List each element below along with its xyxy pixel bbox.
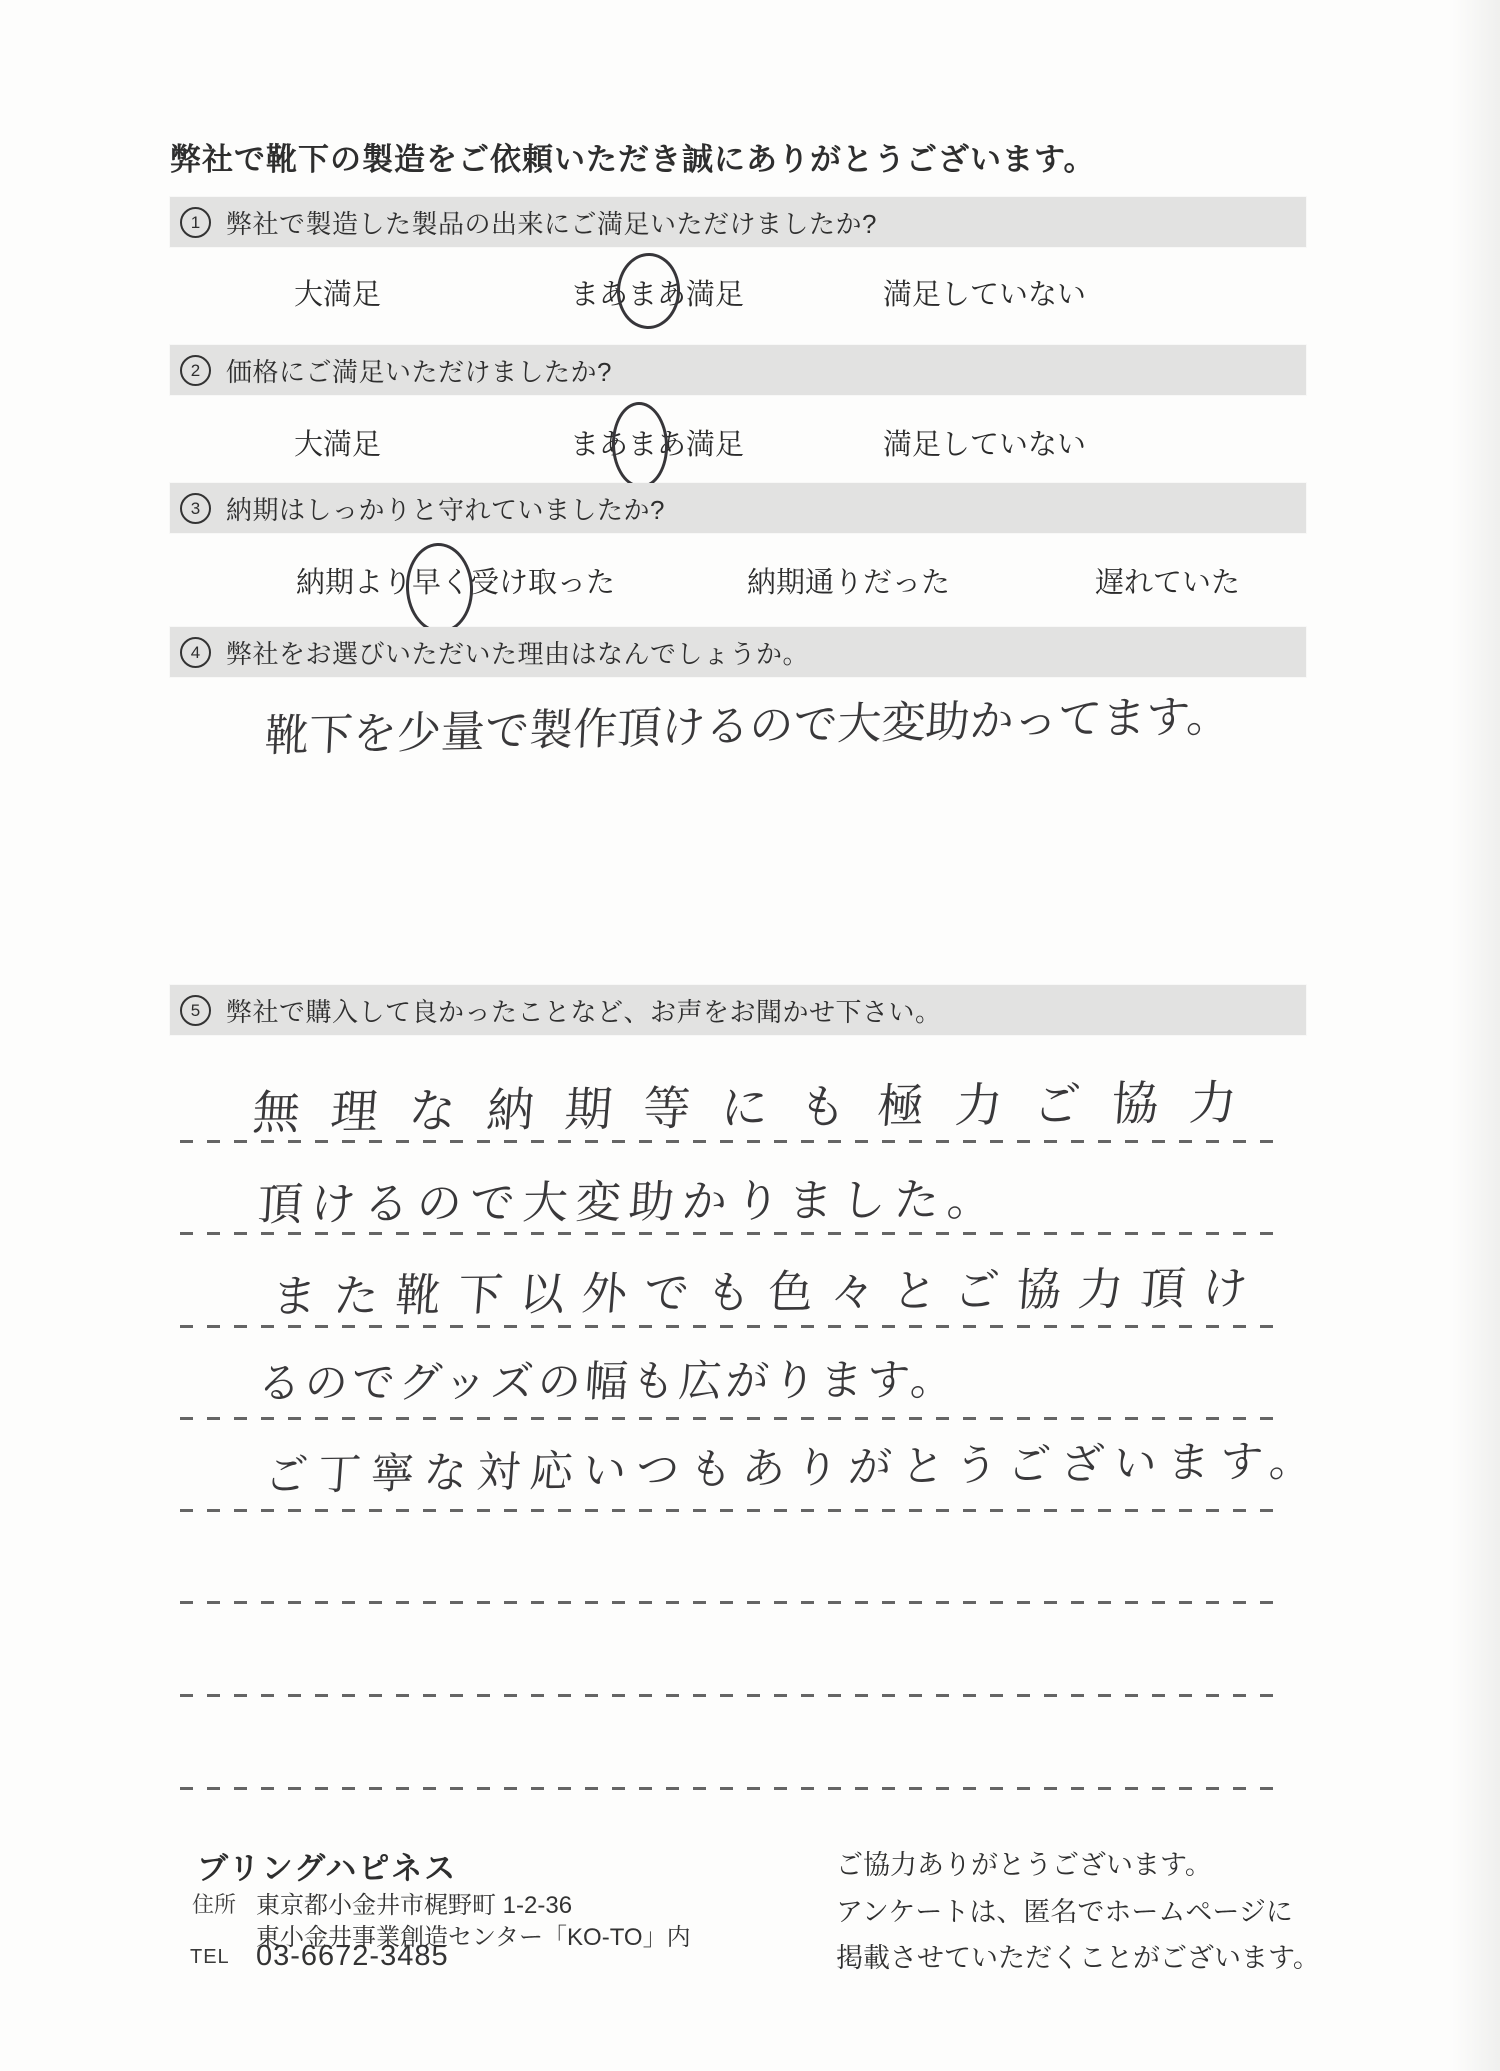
answer-ruled-line-6 <box>180 1601 1287 1604</box>
q2-option-daimanzoku: 大満足 <box>294 422 381 463</box>
question-2-number-icon: 2 <box>180 355 211 386</box>
answer-ruled-line-4 <box>180 1417 1287 1420</box>
question-4-header: 4 弊社をお選びいただいた理由はなんでしょうか。 <box>170 627 1306 677</box>
question-3-number-icon: 3 <box>180 493 211 524</box>
question-1-text: 弊社で製造した製品の出来にご満足いただけましたか? <box>226 204 877 241</box>
question-3-header: 3 納期はしっかりと守れていましたか? <box>170 483 1306 533</box>
q3-selection-circle-annotation <box>404 541 476 634</box>
question-4-text: 弊社をお選びいただいた理由はなんでしょうか。 <box>226 634 809 671</box>
question-2-text: 価格にご満足いただけましたか? <box>226 352 612 389</box>
q2-option-manzoku-shiteinai: 満足していない <box>883 422 1086 463</box>
q5-handwritten-line-1: 無理な納期等にも極力ご協力 <box>250 1065 1270 1143</box>
q1-selection-circle-annotation <box>616 252 682 330</box>
q5-handwritten-line-5: ご丁寧な対応いつもありがとうございます。 <box>263 1427 1325 1503</box>
q2-selection-circle-annotation <box>611 401 670 489</box>
survey-title: 弊社で靴下の製造をご依頼いただき誠にありがとうございます。 <box>170 134 1096 179</box>
question-5-number-icon: 5 <box>180 995 211 1026</box>
q3-option-nokidori-datta: 納期通りだった <box>747 560 950 601</box>
company-name: ブリングハピネス <box>197 1843 457 1888</box>
question-5-text: 弊社で購入して良かったことなど、お声をお聞かせ下さい。 <box>226 992 942 1029</box>
question-1-header: 1 弊社で製造した製品の出来にご満足いただけましたか? <box>170 197 1306 247</box>
q3-option-okureteita: 遅れていた <box>1095 560 1240 601</box>
question-4-number-icon: 4 <box>180 637 211 668</box>
q4-handwritten-answer: 靴下を少量で製作頂けるので大変助かってます。 <box>263 680 1232 764</box>
q1-option-manzoku-shiteinai: 満足していない <box>883 272 1086 313</box>
scan-shadow-artifact <box>1452 0 1500 2071</box>
address-label: 住所 <box>192 1888 236 1919</box>
answer-ruled-line-8 <box>180 1787 1287 1790</box>
address-line-1: 東京都小金井市梶野町 1-2-36 <box>256 1885 572 1920</box>
tel-label: TEL <box>190 1946 230 1969</box>
answer-ruled-line-1 <box>180 1140 1287 1143</box>
answer-ruled-line-2 <box>180 1232 1287 1235</box>
answer-ruled-line-3 <box>180 1325 1287 1328</box>
q5-handwritten-line-4: るのでグッズの幅も広がります。 <box>256 1346 960 1411</box>
q5-handwritten-line-2: 頂けるので大変助かりました。 <box>256 1163 1002 1233</box>
question-1-number-icon: 1 <box>180 207 211 238</box>
question-2-header: 2 価格にご満足いただけましたか? <box>170 345 1306 395</box>
q5-handwritten-line-3: また靴下以外でも色々とご協力頂け <box>269 1251 1267 1325</box>
question-5-header: 5 弊社で購入して良かったことなど、お声をお聞かせ下さい。 <box>170 985 1306 1035</box>
tel-number: 03-6672-3485 <box>256 1940 449 1973</box>
answer-ruled-line-7 <box>180 1694 1287 1697</box>
q1-option-daimanzoku: 大満足 <box>294 272 381 313</box>
footer-note-line-3: 掲載させていただくことがございます。 <box>836 1936 1320 1975</box>
survey-scan-page: 弊社で靴下の製造をご依頼いただき誠にありがとうございます。 1 弊社で製造した製… <box>0 0 1500 2071</box>
footer-note-line-1: ご協力ありがとうございます。 <box>836 1843 1212 1882</box>
footer-note-line-2: アンケートは、匿名でホームページに <box>836 1890 1293 1929</box>
question-3-text: 納期はしっかりと守れていましたか? <box>226 490 665 527</box>
answer-ruled-line-5 <box>180 1509 1287 1512</box>
